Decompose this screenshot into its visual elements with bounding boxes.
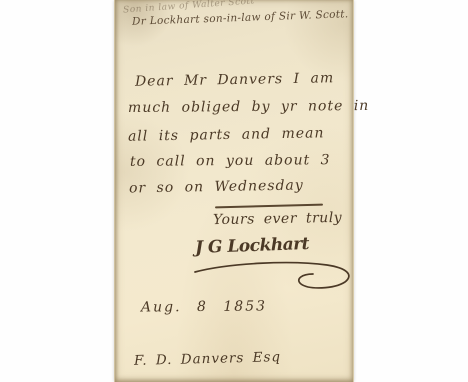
photo-background: Son in law of Walter Scott Dr Lockhart s… bbox=[0, 0, 468, 382]
letter-closing: Yours ever truly bbox=[213, 210, 342, 228]
letter-paper: Son in law of Walter Scott Dr Lockhart s… bbox=[114, 0, 354, 382]
letter-body-line: to call on you about 3 bbox=[130, 152, 331, 170]
letter-body-line: or so on Wednesday bbox=[129, 177, 304, 196]
pen-underline bbox=[215, 204, 323, 209]
letter-body-line: all its parts and mean bbox=[128, 125, 325, 144]
letter-body-line: much obliged by yr note in bbox=[128, 98, 369, 116]
letter-body-line: Dear Mr Danvers I am bbox=[135, 70, 334, 89]
date-line: Aug. 8 1853 bbox=[141, 298, 267, 315]
recipient-line: F. D. Danvers Esq bbox=[134, 349, 281, 369]
signature-flourish-stroke bbox=[193, 258, 357, 294]
signature: J G Lockhart bbox=[195, 234, 310, 258]
